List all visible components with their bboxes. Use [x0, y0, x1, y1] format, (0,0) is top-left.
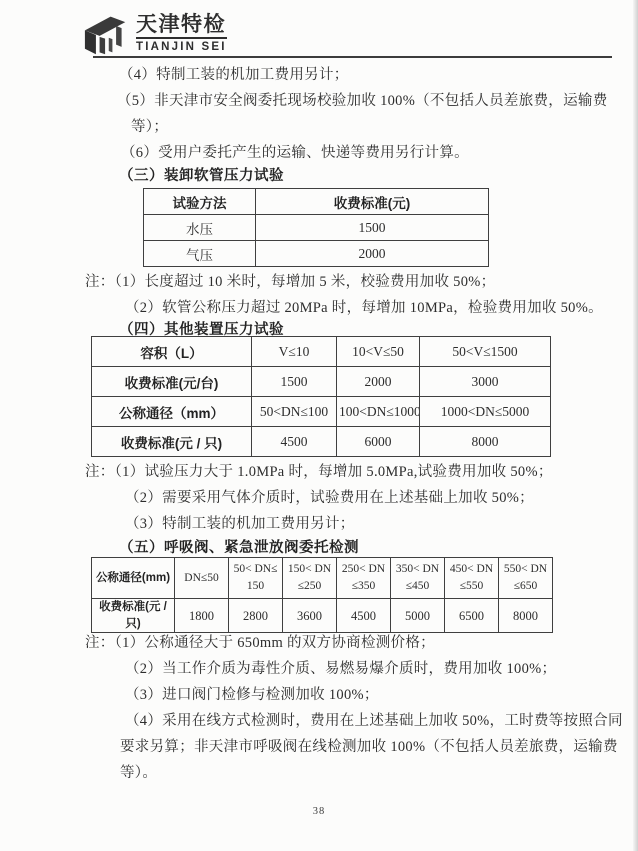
table-cell: 6000: [337, 427, 420, 457]
table-row: 公称通径(mm) DN≤50 50< DN≤ 150 150< DN ≤250 …: [92, 558, 553, 599]
clause-5-continuation: 等）；: [131, 115, 168, 136]
section-4-note-2: （2）需要采用气体介质时，试验费用在上述基础上加收 50%；: [125, 486, 534, 507]
page-number: 38: [0, 806, 638, 817]
table-cell: 2000: [337, 367, 420, 397]
scan-edge-artifact: [633, 0, 638, 851]
clause-5: （5）非天津市安全阀委托现场校验加收 100%（不包括人员差旅费，运输费: [117, 89, 608, 110]
logo-icon: [84, 13, 128, 57]
table-cell: 50< DN≤ 150: [229, 558, 283, 599]
table-cell: 1000<DN≤5000: [420, 397, 551, 427]
logo: 天津特检 TIANJIN SEI: [84, 13, 227, 57]
table-cell: 8000: [420, 427, 551, 457]
logo-text-en: TIANJIN SEI: [136, 41, 227, 53]
table-cell: 6500: [445, 599, 499, 633]
table-cell: 250< DN ≤350: [337, 558, 391, 599]
table-cell: 450< DN ≤550: [445, 558, 499, 599]
table-row: 容积（L） V≤10 10<V≤50 50<V≤1500: [92, 337, 551, 367]
table-header-cell: 试验方法: [144, 189, 256, 215]
table-cell: 2000: [256, 241, 489, 267]
table-row: 收费标准(元/台) 1500 2000 3000: [92, 367, 551, 397]
table-cell: 100<DN≤1000: [337, 397, 420, 427]
table-cell: 50<V≤1500: [420, 337, 551, 367]
section-5-note-4: （4）采用在线方式检测时，费用在上述基础上加收 50%，工时费等按照合同: [125, 709, 623, 730]
breather-valve-test-table: 公称通径(mm) DN≤50 50< DN≤ 150 150< DN ≤250 …: [91, 557, 553, 633]
table-cell: 3000: [420, 367, 551, 397]
other-device-pressure-test-table: 容积（L） V≤10 10<V≤50 50<V≤1500 收费标准(元/台) 1…: [91, 336, 551, 457]
logo-text: 天津特检 TIANJIN SEI: [136, 13, 227, 53]
logo-text-cn: 天津特检: [136, 13, 227, 39]
section-5-note-4-continuation: 要求另算；非天津市呼吸阀在线检测加收 100%（不包括人员差旅费，运输费: [120, 735, 618, 756]
section-5-note-1: 注：（1）公称通径大于 650mm 的双方协商检测价格；: [85, 631, 435, 652]
table-row-label: 收费标准(元 / 只): [92, 599, 175, 633]
clause-6: （6）受用户委托产生的运输、快递等费用另行计算。: [121, 141, 469, 162]
table-row: 公称通径（mm） 50<DN≤100 100<DN≤1000 1000<DN≤5…: [92, 397, 551, 427]
table-header-cell: 收费标准(元): [256, 189, 489, 215]
section-3-heading: （三）装卸软管压力试验: [119, 164, 284, 185]
section-5-heading: （五）呼吸阀、紧急泄放阀委托检测: [119, 536, 359, 557]
table-cell: 350< DN ≤450: [391, 558, 445, 599]
section-5-note-2: （2）当工作介质为毒性介质、易燃易爆介质时，费用加收 100%；: [125, 657, 556, 678]
table-cell: V≤10: [252, 337, 337, 367]
table-row-label: 容积（L）: [92, 337, 252, 367]
table-row-label: 收费标准(元/台): [92, 367, 252, 397]
table-cell: 1800: [175, 599, 229, 633]
table-cell: 1500: [252, 367, 337, 397]
table-row-label: 收费标准(元 / 只): [92, 427, 252, 457]
table-cell: 8000: [499, 599, 553, 633]
table-cell: 水压: [144, 215, 256, 241]
table-cell: 4500: [252, 427, 337, 457]
table-cell: 1500: [256, 215, 489, 241]
table-cell: DN≤50: [175, 558, 229, 599]
table-cell: 5000: [391, 599, 445, 633]
table-row-label: 公称通径（mm）: [92, 397, 252, 427]
clause-4: （4）特制工装的机加工费用另计；: [119, 63, 349, 84]
table-cell: 4500: [337, 599, 391, 633]
section-4-note-3: （3）特制工装的机加工费用另计；: [125, 512, 355, 533]
table-row: 收费标准(元 / 只) 1800 2800 3600 4500 5000 650…: [92, 599, 553, 633]
document-page: 天津特检 TIANJIN SEI （4）特制工装的机加工费用另计； （5）非天津…: [0, 0, 638, 851]
section-5-note-4-continuation: 等）。: [120, 761, 157, 782]
section-3-note-2: （2）软管公称压力超过 20MPa 时，每增加 10MPa，检验费用加收 50%…: [125, 296, 603, 317]
table-cell: 550< DN ≤650: [499, 558, 553, 599]
table-row-label: 公称通径(mm): [92, 558, 175, 599]
table-cell: 10<V≤50: [337, 337, 420, 367]
section-5-note-3: （3）进口阀门检修与检测加收 100%；: [125, 683, 379, 704]
table-cell: 3600: [283, 599, 337, 633]
header-rule: [93, 56, 612, 58]
table-row: 试验方法 收费标准(元): [144, 189, 489, 215]
table-cell: 2800: [229, 599, 283, 633]
section-3-note-1: 注：（1）长度超过 10 米时，每增加 5 米，校验费用加收 50%；: [85, 270, 495, 291]
section-4-note-1: 注：（1）试验压力大于 1.0MPa 时，每增加 5.0MPa,试验费用加收 5…: [85, 460, 553, 481]
table-row: 水压 1500: [144, 215, 489, 241]
hose-pressure-test-table: 试验方法 收费标准(元) 水压 1500 气压 2000: [143, 188, 489, 267]
table-cell: 150< DN ≤250: [283, 558, 337, 599]
table-cell: 气压: [144, 241, 256, 267]
table-row: 气压 2000: [144, 241, 489, 267]
table-cell: 50<DN≤100: [252, 397, 337, 427]
table-row: 收费标准(元 / 只) 4500 6000 8000: [92, 427, 551, 457]
